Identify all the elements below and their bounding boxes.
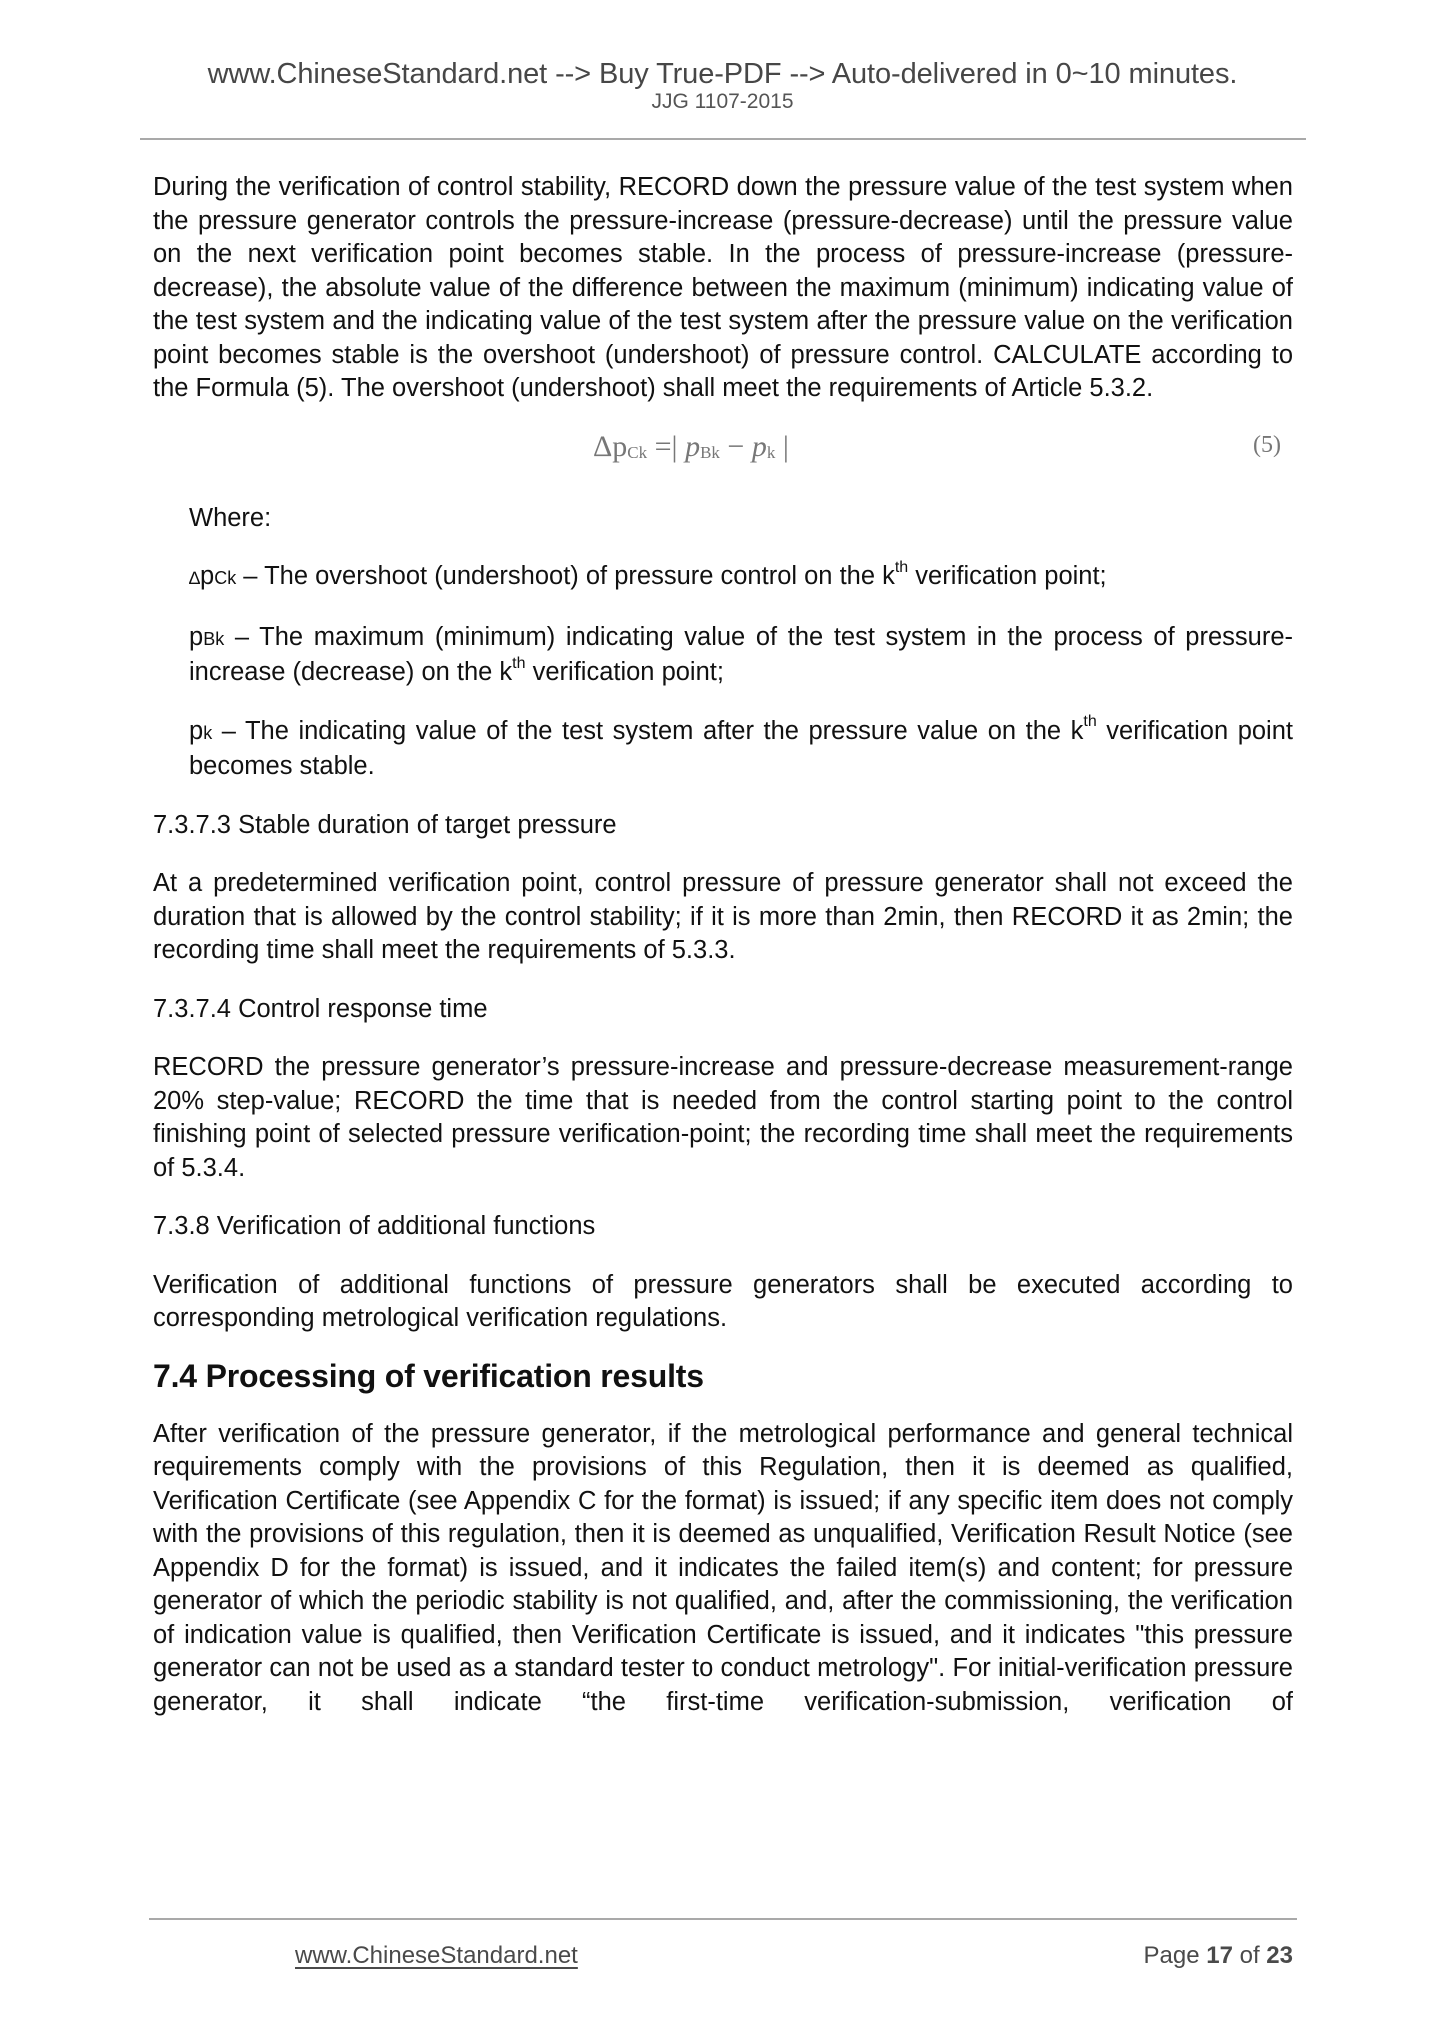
- symbol-subscript: Bk: [203, 629, 224, 649]
- symbol-pk: pk: [189, 717, 212, 745]
- symbol-pbk: pBk: [189, 623, 224, 651]
- footer-website-link[interactable]: www.ChineseStandard.net: [295, 1942, 578, 1970]
- heading-7-3-8: 7.3.8 Verification of additional functio…: [153, 1210, 1293, 1244]
- formula-sub-k: k: [767, 443, 776, 462]
- formula-sub-bk: Bk: [700, 443, 720, 462]
- page-content: During the verification of control stabi…: [153, 171, 1293, 1719]
- definition-delta-pck: ∆pCk – The overshoot (undershoot) of pre…: [189, 560, 1293, 596]
- definition-text: – The indicating value of the test syste…: [212, 717, 1083, 745]
- formula-p-k: p: [752, 430, 767, 463]
- header-banner: www.ChineseStandard.net --> Buy True-PDF…: [0, 57, 1445, 91]
- formula-minus: −: [720, 430, 752, 463]
- heading-7-3-7-3: 7.3.7.3 Stable duration of target pressu…: [153, 809, 1293, 843]
- definition-text: – The maximum (minimum) indicating value…: [189, 623, 1293, 687]
- delta-icon: ∆: [189, 568, 200, 588]
- paragraph-7-3-7-3: At a predetermined verification point, c…: [153, 867, 1293, 968]
- heading-7-3-7-4: 7.3.7.4 Control response time: [153, 993, 1293, 1027]
- paragraph-7-3-7-4: RECORD the pressure generator’s pressure…: [153, 1051, 1293, 1185]
- formula-equals: =|: [647, 430, 685, 463]
- formula-5: ΔpCk =| pBk − pk | (5): [153, 418, 1293, 484]
- formula-expression: ΔpCk =| pBk − pk |: [593, 430, 789, 464]
- where-label: Where:: [189, 502, 1293, 536]
- document-code: JJG 1107-2015: [0, 90, 1445, 114]
- formula-abs-close: |: [775, 430, 789, 463]
- definition-text-end: verification point;: [526, 658, 724, 686]
- current-page-number: 17: [1206, 1942, 1233, 1969]
- formula-number: (5): [1253, 432, 1281, 459]
- symbol-delta-pck: ∆pCk: [189, 562, 236, 590]
- superscript-th: th: [512, 655, 525, 672]
- definition-text-end: verification point;: [908, 562, 1106, 590]
- total-pages-number: 23: [1266, 1942, 1293, 1969]
- formula-delta-p: Δp: [593, 430, 627, 463]
- paragraph-7-3-8: Verification of additional functions of …: [153, 1269, 1293, 1336]
- heading-7-4: 7.4 Processing of verification results: [153, 1356, 1293, 1396]
- definition-pbk: pBk – The maximum (minimum) indicating v…: [189, 621, 1293, 690]
- page-of-label: of: [1233, 1942, 1266, 1969]
- symbol-subscript: Ck: [214, 568, 236, 588]
- definition-pk: pk – The indicating value of the test sy…: [189, 715, 1293, 784]
- header-divider: [140, 138, 1306, 140]
- paragraph-7-4: After verification of the pressure gener…: [153, 1418, 1293, 1720]
- symbol-p: p: [189, 623, 203, 651]
- page-indicator: Page 17 of 23: [1144, 1942, 1293, 1970]
- definition-text: – The overshoot (undershoot) of pressure…: [236, 562, 895, 590]
- symbol-subscript: k: [203, 723, 212, 743]
- formula-sub-ck: Ck: [627, 443, 647, 462]
- symbol-p: p: [200, 562, 214, 590]
- page-label: Page: [1144, 1942, 1207, 1969]
- superscript-th: th: [895, 559, 908, 576]
- paragraph-overshoot: During the verification of control stabi…: [153, 171, 1293, 406]
- formula-p-b: p: [685, 430, 700, 463]
- symbol-p: p: [189, 717, 203, 745]
- superscript-th: th: [1083, 713, 1096, 730]
- footer-divider: [149, 1918, 1297, 1920]
